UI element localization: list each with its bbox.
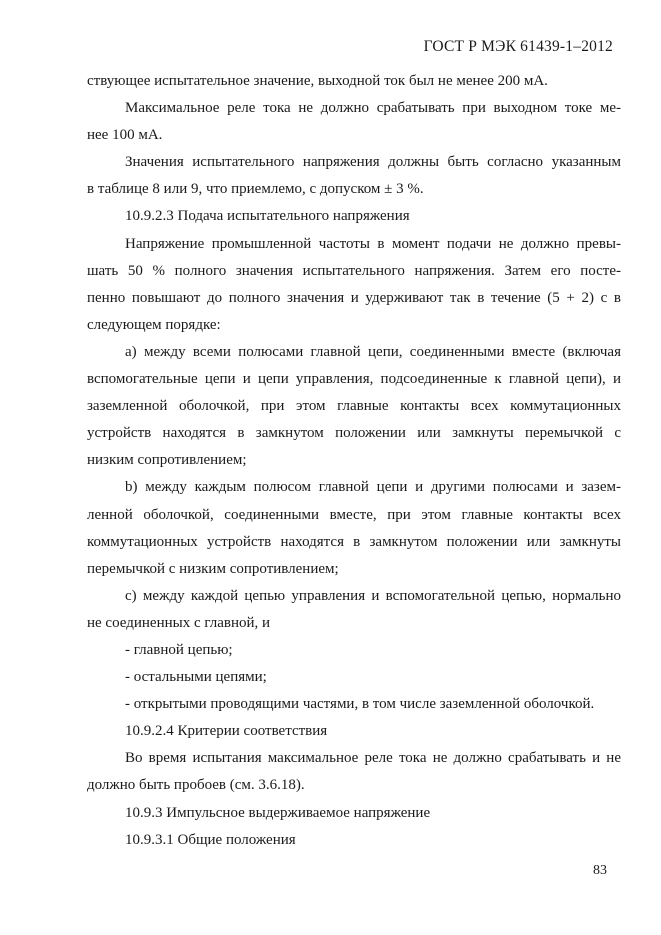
text-line: вспомогательные цепи и цепи управления, … xyxy=(87,366,621,393)
text-line: Максимальное реле тока не должно срабаты… xyxy=(87,95,621,122)
text-line: - остальными цепями; xyxy=(87,664,621,691)
page-number: 83 xyxy=(593,863,607,879)
text-line: должно быть пробоев (см. 3.6.18). xyxy=(87,772,621,799)
text-line: - главной цепью; xyxy=(87,637,621,664)
text-line: ствующее испытательное значение, выходно… xyxy=(87,68,621,95)
text-line: пенно повышают до полного значения и уде… xyxy=(87,285,621,312)
text-line: ленной оболочкой, соединенными вместе, п… xyxy=(87,502,621,529)
document-body: ствующее испытательное значение, выходно… xyxy=(87,68,621,854)
text-line: 10.9.3 Импульсное выдерживаемое напряжен… xyxy=(87,800,621,827)
text-line: низким сопротивлением; xyxy=(87,447,621,474)
text-line: перемычкой с низким сопротивлением; xyxy=(87,556,621,583)
text-line: устройств находятся в замкнутом положени… xyxy=(87,420,621,447)
text-line: 10.9.2.4 Критерии соответствия xyxy=(87,718,621,745)
text-line: следующем порядке: xyxy=(87,312,621,339)
text-line: Во время испытания максимальное реле ток… xyxy=(87,745,621,772)
text-line: - открытыми проводящими частями, в том ч… xyxy=(87,691,621,718)
text-line: коммутационных устройств находятся в зам… xyxy=(87,529,621,556)
text-line: в таблице 8 или 9, что приемлемо, с допу… xyxy=(87,176,621,203)
text-line: c) между каждой цепью управления и вспом… xyxy=(87,583,621,610)
text-line: Значения испытательного напряжения должн… xyxy=(87,149,621,176)
text-line: 10.9.2.3 Подача испытательного напряжени… xyxy=(87,203,621,230)
text-line: нее 100 мА. xyxy=(87,122,621,149)
text-line: заземленной оболочкой, при этом главные … xyxy=(87,393,621,420)
text-line: Напряжение промышленной частоты в момент… xyxy=(87,231,621,258)
document-code-header: ГОСТ Р МЭК 61439-1–2012 xyxy=(424,38,613,56)
text-line: b) между каждым полюсом главной цепи и д… xyxy=(87,474,621,501)
text-line: а) между всеми полюсами главной цепи, со… xyxy=(87,339,621,366)
text-line: шать 50 % полного значения испытательног… xyxy=(87,258,621,285)
text-line: не соединенных с главной, и xyxy=(87,610,621,637)
text-line: 10.9.3.1 Общие положения xyxy=(87,827,621,854)
